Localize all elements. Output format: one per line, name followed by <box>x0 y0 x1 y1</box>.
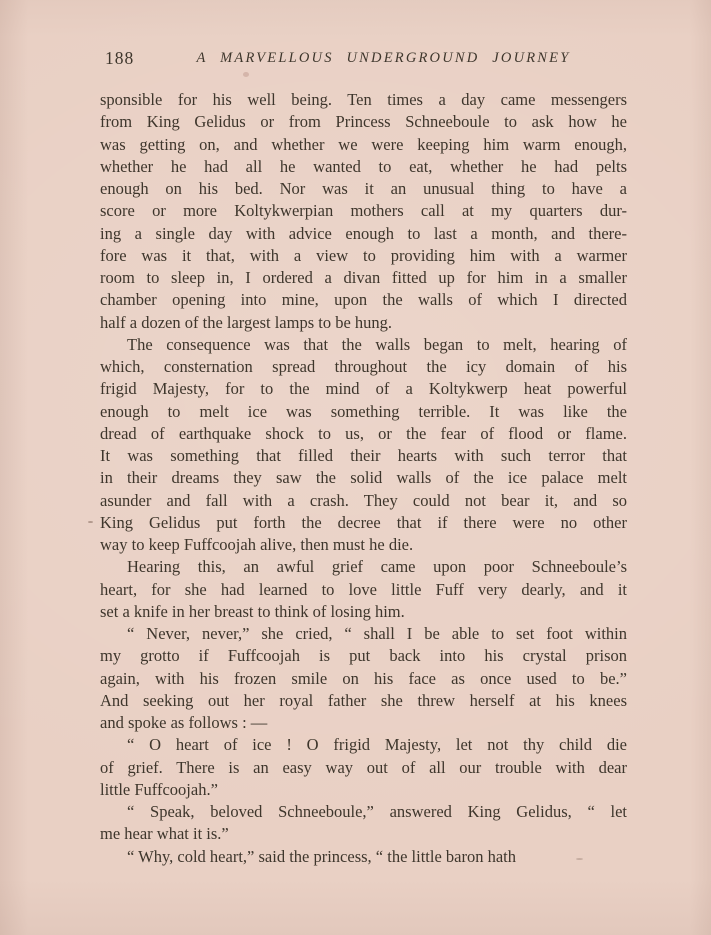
text-line: way to keep Fuffcoojah alive, then must … <box>100 534 627 556</box>
paragraph: “ Speak, beloved Schneeboule,” answered … <box>100 801 627 846</box>
text-line: Hearing this, an awful grief came upon p… <box>100 556 627 578</box>
text-line: chamber opening into mine, upon the wall… <box>100 289 627 311</box>
text-line: and spoke as follows : — <box>100 712 627 734</box>
text-line: “ O heart of ice ! O frigid Majesty, let… <box>100 734 627 756</box>
text-line: And seeking out her royal father she thr… <box>100 690 627 712</box>
page-text: sponsible for his well being. Ten times … <box>100 89 627 868</box>
text-line: little Fuffcoojah.” <box>100 779 627 801</box>
paragraph: “ Never, never,” she cried, “ shall I be… <box>100 623 627 734</box>
text-line: my grotto if Fuffcoojah is put back into… <box>100 645 627 667</box>
scan-speck <box>243 72 249 77</box>
scan-speck <box>88 521 93 523</box>
scan-speck <box>576 858 583 860</box>
paragraph: “ O heart of ice ! O frigid Majesty, let… <box>100 734 627 801</box>
text-line: room to sleep in, I ordered a divan fitt… <box>100 267 627 289</box>
text-line: asunder and fall with a crash. They coul… <box>100 490 627 512</box>
text-line: enough on his bed. Nor was it an unusual… <box>100 178 627 200</box>
text-line: “ Never, never,” she cried, “ shall I be… <box>100 623 627 645</box>
text-line: sponsible for his well being. Ten times … <box>100 89 627 111</box>
text-line: It was something that filled their heart… <box>100 445 627 467</box>
text-line: of grief. There is an easy way out of al… <box>100 757 627 779</box>
text-line: heart, for she had learned to love littl… <box>100 579 627 601</box>
paragraph: “ Why, cold heart,” said the princess, “… <box>100 846 627 868</box>
text-line: was getting on, and whether we were keep… <box>100 134 627 156</box>
text-line: which, consternation spread throughout t… <box>100 356 627 378</box>
paragraph: sponsible for his well being. Ten times … <box>100 89 627 334</box>
text-line: fore was it that, with a view to providi… <box>100 245 627 267</box>
text-line: frigid Majesty, for to the mind of a Kol… <box>100 378 627 400</box>
page-number: 188 <box>105 48 134 69</box>
text-line: whether he had all he wanted to eat, whe… <box>100 156 627 178</box>
text-line: set a knife in her breast to think of lo… <box>100 601 627 623</box>
text-line: ing a single day with advice enough to l… <box>100 223 627 245</box>
text-line: again, with his frozen smile on his face… <box>100 668 627 690</box>
text-line: The consequence was that the walls began… <box>100 334 627 356</box>
text-line: enough to melt ice was something terribl… <box>100 401 627 423</box>
text-line: half a dozen of the largest lamps to be … <box>100 312 627 334</box>
running-title: A MARVELLOUS UNDERGROUND JOURNEY <box>140 50 627 67</box>
paragraph: The consequence was that the walls began… <box>100 334 627 557</box>
text-line: me hear what it is.” <box>100 823 627 845</box>
book-page: 188 A MARVELLOUS UNDERGROUND JOURNEY spo… <box>0 0 711 935</box>
text-line: from King Gelidus or from Princess Schne… <box>100 111 627 133</box>
text-line: dread of earthquake shock to us, or the … <box>100 423 627 445</box>
text-line: score or more Koltykwerpian mothers call… <box>100 200 627 222</box>
text-line: “ Speak, beloved Schneeboule,” answered … <box>100 801 627 823</box>
text-line: “ Why, cold heart,” said the princess, “… <box>100 846 627 868</box>
page-header: 188 A MARVELLOUS UNDERGROUND JOURNEY <box>100 48 627 72</box>
paragraph: Hearing this, an awful grief came upon p… <box>100 556 627 623</box>
text-line: King Gelidus put forth the decree that i… <box>100 512 627 534</box>
text-line: in their dreams they saw the solid walls… <box>100 467 627 489</box>
